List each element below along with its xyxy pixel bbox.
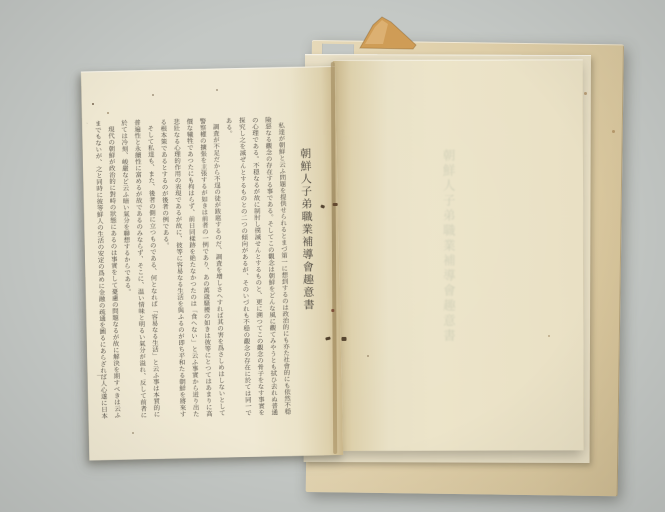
foxing-spot (132, 432, 134, 434)
foxing-spot (612, 130, 615, 133)
foxing-spot (152, 94, 154, 96)
binding-staple (333, 203, 338, 206)
torn-paper-flap (353, 10, 423, 52)
document-title: 朝鮮人子弟職業補導會趣意書 (296, 115, 320, 414)
paragraph: そして私達も、また、後者の側に立つものである、何となれば「容易なる生活」と云ふ事… (117, 119, 163, 419)
foxing-spot (548, 335, 550, 337)
foxing-spot (92, 103, 94, 105)
page-right: 朝鮮人子弟職業補導會趣意書 (333, 59, 584, 451)
foxing-spot (584, 92, 587, 95)
photo-background: 朝鮮人子弟職業補導會趣意書 朝鮮人子弟職業補導會趣意書 私達が朝鮮と云ふ問題を提… (0, 0, 665, 512)
booklet-spread: 朝鮮人子弟職業補導會趣意書 朝鮮人子弟職業補導會趣意書 私達が朝鮮と云ふ問題を提… (81, 58, 587, 457)
page-left: 朝鮮人子弟職業補導會趣意書 私達が朝鮮と云ふ問題を提供せられるとまづ第一に想到す… (81, 66, 343, 460)
foxing-spot (367, 355, 369, 357)
foxing-spot (107, 112, 109, 114)
ghost-title-text: 朝鮮人子弟職業補導會趣意書 (439, 149, 458, 419)
binding-staple (331, 309, 334, 312)
page-number: 一 (96, 371, 103, 381)
foxing-spot (216, 89, 218, 91)
text-area: 朝鮮人子弟職業補導會趣意書 私達が朝鮮と云ふ問題を提供せられるとまづ第一に想到す… (87, 115, 319, 419)
paragraph: 私達が朝鮮と云ふ問題を提供せられるとまづ第一に想到するのは政治的にも亦た社會的に… (221, 116, 293, 416)
paragraph: 調査が不足だから不逞の徒が跋扈するのだ、調査を増しさへすれば其の害を爲さしめはし… (156, 117, 228, 417)
binding-staple (341, 337, 346, 341)
